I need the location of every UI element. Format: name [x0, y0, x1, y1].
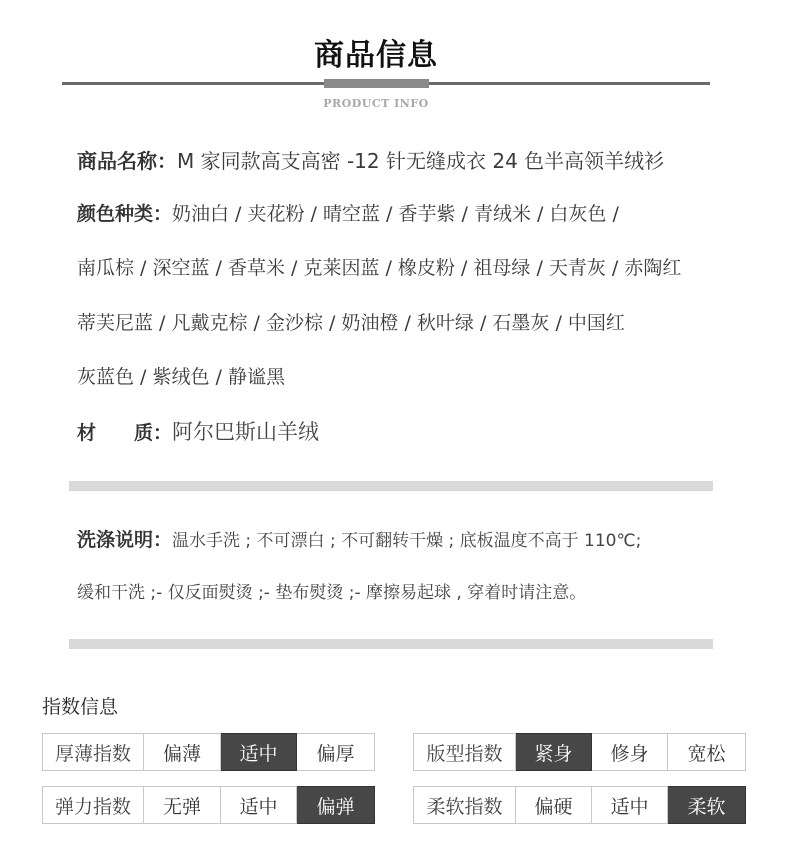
washing-text: 温水手洗 ; 不可漂白 ; 不可翻转干燥 ; 底板温度不高于 110℃; — [172, 531, 641, 551]
page-title: 商品信息 — [0, 30, 752, 74]
washing-row-2: 缓和干洗 ;- 仅反面熨烫 ;- 垫布熨烫 ;- 摩擦易起球 , 穿着时请注意。 — [77, 578, 586, 603]
washing-text: 缓和干洗 ;- 仅反面熨烫 ;- 垫布熨烫 ;- 摩擦易起球 , 穿着时请注意。 — [77, 583, 586, 603]
material-row: 材 质：阿尔巴斯山羊绒 — [77, 416, 319, 446]
index-table-2: 版型指数 紧身 修身 宽松 — [413, 733, 746, 771]
material-label: 材 质： — [77, 422, 172, 444]
colors-row-3: 蒂芙尼蓝 / 凡戴克棕 / 金沙棕 / 奶油橙 / 秋叶绿 / 石墨灰 / 中国… — [77, 308, 625, 335]
product-name-label: 商品名称： — [77, 149, 177, 173]
product-name-row: 商品名称：M 家同款高支高密 -12 针无缝成衣 24 色半高领羊绒衫 — [77, 145, 664, 174]
colors-row-2: 南瓜棕 / 深空蓝 / 香草米 / 克莱因蓝 / 橡皮粉 / 祖母绿 / 天青灰… — [77, 253, 681, 280]
index-option-selected: 适中 — [221, 734, 297, 771]
index-table-2b: 柔软指数 偏硬 适中 柔软 — [413, 786, 746, 824]
material-value: 阿尔巴斯山羊绒 — [172, 420, 319, 444]
index-row-elasticity: 弹力指数 无弹 适中 偏弹 — [43, 787, 375, 824]
index-name: 弹力指数 — [43, 787, 144, 824]
index-option-selected: 紧身 — [516, 734, 592, 771]
index-row-thickness: 厚薄指数 偏薄 适中 偏厚 — [43, 734, 375, 771]
index-row-softness: 柔软指数 偏硬 适中 柔软 — [414, 787, 746, 824]
washing-label: 洗涤说明： — [77, 529, 172, 551]
index-row-fit: 版型指数 紧身 修身 宽松 — [414, 734, 746, 771]
index-option: 无弹 — [144, 787, 221, 824]
index-option: 宽松 — [668, 734, 746, 771]
index-option: 偏薄 — [144, 734, 221, 771]
colors-line: 蒂芙尼蓝 / 凡戴克棕 / 金沙棕 / 奶油橙 / 秋叶绿 / 石墨灰 / 中国… — [77, 312, 625, 334]
index-name: 柔软指数 — [414, 787, 516, 824]
section-divider — [69, 481, 713, 491]
index-option: 适中 — [221, 787, 297, 824]
index-option-selected: 柔软 — [668, 787, 746, 824]
colors-row-4: 灰蓝色 / 紫绒色 / 静谧黑 — [77, 362, 285, 389]
index-table-1: 厚薄指数 偏薄 适中 偏厚 — [42, 733, 375, 771]
washing-row-1: 洗涤说明：温水手洗 ; 不可漂白 ; 不可翻转干燥 ; 底板温度不高于 110℃… — [77, 525, 641, 552]
index-option: 偏厚 — [297, 734, 375, 771]
index-option-selected: 偏弹 — [297, 787, 375, 824]
colors-line: 南瓜棕 / 深空蓝 / 香草米 / 克莱因蓝 / 橡皮粉 / 祖母绿 / 天青灰… — [77, 257, 681, 279]
index-option: 偏硬 — [516, 787, 592, 824]
colors-label: 颜色种类： — [77, 203, 172, 225]
colors-row-1: 颜色种类：奶油白 / 夹花粉 / 晴空蓝 / 香芋紫 / 青绒米 / 白灰色 / — [77, 199, 619, 226]
colors-line: 奶油白 / 夹花粉 / 晴空蓝 / 香芋紫 / 青绒米 / 白灰色 / — [172, 203, 619, 225]
index-name: 厚薄指数 — [43, 734, 144, 771]
index-table-1b: 弹力指数 无弹 适中 偏弹 — [42, 786, 375, 824]
product-name-value: M 家同款高支高密 -12 针无缝成衣 24 色半高领羊绒衫 — [177, 149, 664, 173]
index-name: 版型指数 — [414, 734, 516, 771]
index-option: 适中 — [592, 787, 668, 824]
title-divider-accent — [324, 79, 429, 88]
colors-line: 灰蓝色 / 紫绒色 / 静谧黑 — [77, 366, 285, 388]
page-subtitle: PRODUCT INFO — [0, 97, 752, 110]
index-option: 修身 — [592, 734, 668, 771]
section-divider — [69, 639, 713, 649]
index-section-title: 指数信息 — [42, 692, 118, 719]
